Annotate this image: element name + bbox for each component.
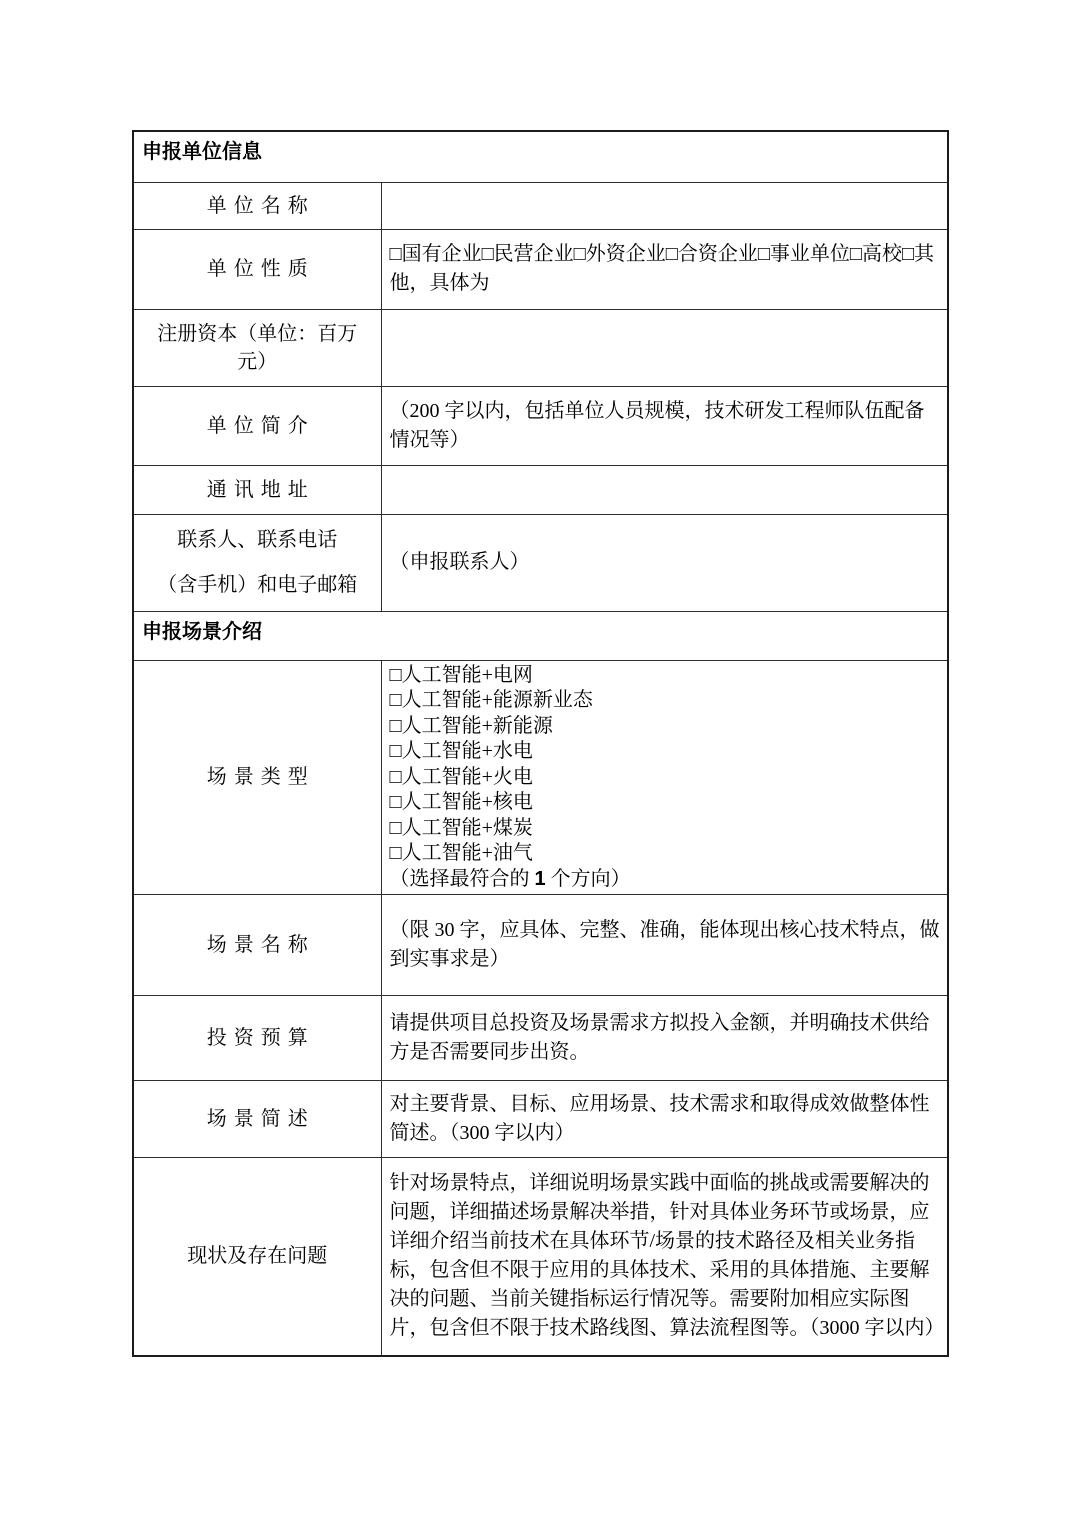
table-row: 场景简述 对主要背景、目标、应用场景、技术需求和取得成效做整体性简述。（300 … <box>133 1081 948 1158</box>
row-label-scene-summary: 场景简述 <box>133 1081 381 1158</box>
scene-type-option-nuclear[interactable]: □人工智能+核电 <box>390 790 945 816</box>
scene-summary-field[interactable]: 对主要背景、目标、应用场景、技术需求和取得成效做整体性简述。（300 字以内） <box>381 1081 948 1158</box>
unit-nature-options-field[interactable]: □国有企业□民营企业□外资企业□合资企业□事业单位□高校□其他，具体为 <box>381 229 948 309</box>
mailing-address-field[interactable] <box>381 465 948 514</box>
row-label-unit-nature: 单位性质 <box>133 229 381 309</box>
document-page: 申报单位信息 单位名称 单位性质 □国有企业□民营企业□外资企业□合资企业□事业… <box>0 0 1080 1528</box>
registered-capital-label-line2: 元） <box>142 348 373 376</box>
contact-field[interactable]: （申报联系人） <box>381 514 948 611</box>
scene-type-option-oil-gas[interactable]: □人工智能+油气 <box>390 841 945 867</box>
scene-type-option-grid[interactable]: □人工智能+电网 <box>390 663 945 689</box>
scene-type-note: （选择最符合的 1 个方向） <box>390 867 945 893</box>
investment-budget-field[interactable]: 请提供项目总投资及场景需求方拟投入金额，并明确技术供给方是否需要同步出资。 <box>381 996 948 1081</box>
section-header-scene-intro: 申报场景介绍 <box>133 611 948 660</box>
scene-type-option-new-energy[interactable]: □人工智能+新能源 <box>390 714 945 740</box>
row-label-investment-budget: 投资预算 <box>133 996 381 1081</box>
table-row: 单位名称 <box>133 182 948 229</box>
row-label-scene-name: 场景名称 <box>133 895 381 996</box>
table-row: 单位性质 □国有企业□民营企业□外资企业□合资企业□事业单位□高校□其他，具体为 <box>133 229 948 309</box>
current-status-problems-field[interactable]: 针对场景特点，详细说明场景实践中面临的挑战或需要解决的问题，详细描述场景解决举措… <box>381 1158 948 1356</box>
table-row: 联系人、联系电话 （含手机）和电子邮箱 （申报联系人） <box>133 514 948 611</box>
unit-name-field[interactable] <box>381 182 948 229</box>
contact-label-line1: 联系人、联系电话 <box>142 526 373 554</box>
scene-type-option-thermal[interactable]: □人工智能+火电 <box>390 765 945 791</box>
table-row: 场景名称 （限 30 字，应具体、完整、准确，能体现出核心技术特点，做到实事求是… <box>133 895 948 996</box>
row-label-current-status-problems: 现状及存在问题 <box>133 1158 381 1356</box>
row-label-unit-profile: 单位简介 <box>133 386 381 465</box>
row-label-contact: 联系人、联系电话 （含手机）和电子邮箱 <box>133 514 381 611</box>
table-row: 投资预算 请提供项目总投资及场景需求方拟投入金额，并明确技术供给方是否需要同步出… <box>133 996 948 1081</box>
scene-type-options-field: □人工智能+电网 □人工智能+能源新业态 □人工智能+新能源 □人工智能+水电 … <box>381 660 948 895</box>
registered-capital-label-line1: 注册资本（单位：百万 <box>142 320 373 348</box>
registered-capital-field[interactable] <box>381 309 948 386</box>
scene-type-option-coal[interactable]: □人工智能+煤炭 <box>390 816 945 842</box>
row-label-mailing-address: 通讯地址 <box>133 465 381 514</box>
row-label-scene-type: 场景类型 <box>133 660 381 895</box>
application-form-table: 申报单位信息 单位名称 单位性质 □国有企业□民营企业□外资企业□合资企业□事业… <box>132 130 949 1357</box>
note-number: 1 <box>535 868 546 890</box>
unit-profile-field[interactable]: （200 字以内，包括单位人员规模，技术研发工程师队伍配备情况等） <box>381 386 948 465</box>
table-row: 场景类型 □人工智能+电网 □人工智能+能源新业态 □人工智能+新能源 □人工智… <box>133 660 948 895</box>
section-header-unit-info: 申报单位信息 <box>133 131 948 182</box>
table-row: 注册资本（单位：百万 元） <box>133 309 948 386</box>
scene-type-option-new-energy-business[interactable]: □人工智能+能源新业态 <box>390 688 945 714</box>
table-row: 通讯地址 <box>133 465 948 514</box>
scene-name-field[interactable]: （限 30 字，应具体、完整、准确，能体现出核心技术特点，做到实事求是） <box>381 895 948 996</box>
row-label-unit-name: 单位名称 <box>133 182 381 229</box>
row-label-registered-capital: 注册资本（单位：百万 元） <box>133 309 381 386</box>
scene-type-option-hydro[interactable]: □人工智能+水电 <box>390 739 945 765</box>
table-row: 单位简介 （200 字以内，包括单位人员规模，技术研发工程师队伍配备情况等） <box>133 386 948 465</box>
table-row: 现状及存在问题 针对场景特点，详细说明场景实践中面临的挑战或需要解决的问题，详细… <box>133 1158 948 1356</box>
contact-label-line2: （含手机）和电子邮箱 <box>142 571 373 599</box>
